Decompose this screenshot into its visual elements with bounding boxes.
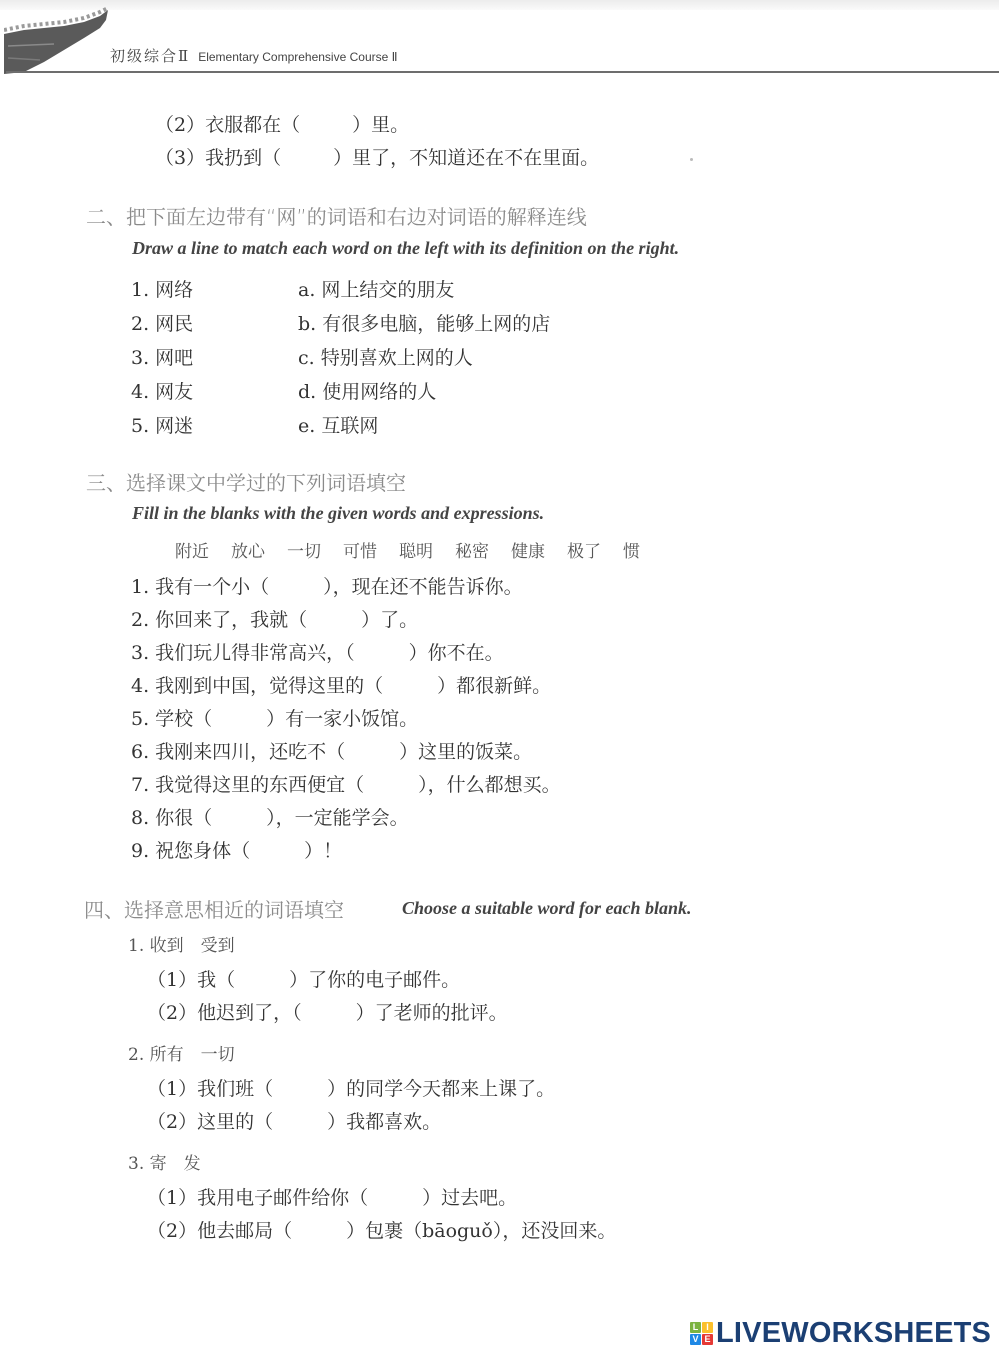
item-text-before: 6. 我刚来四川，还吃不（ xyxy=(131,741,345,763)
logo-letter: I xyxy=(702,1322,713,1333)
exercise-item: （2）衣服都在（）里。 xyxy=(155,110,409,137)
exercise-item: 6. 我刚来四川，还吃不（）这里的饭菜。 xyxy=(131,737,532,764)
match-right-item[interactable]: c. 特别喜欢上网的人 xyxy=(298,343,473,370)
scan-speck xyxy=(690,158,693,161)
word-bank-item: 放心 xyxy=(231,542,265,562)
item-text-after: ）这里的饭菜。 xyxy=(399,741,532,763)
item-text-before: 我扔到（ xyxy=(205,147,281,169)
word-bank-item: 惯 xyxy=(623,542,640,562)
item-text-after: ），一定能学会。 xyxy=(266,807,409,829)
word-bank-item: 健康 xyxy=(511,542,545,562)
book-title-en: Elementary Comprehensive Course Ⅱ xyxy=(198,50,397,64)
section-three-title: 三、选择课文中学过的下列词语填空 xyxy=(86,467,406,496)
item-text-before: 8. 你很（ xyxy=(131,807,212,829)
live-blocks-icon: L I V E xyxy=(690,1322,713,1345)
match-left-item[interactable]: 3. 网吧 xyxy=(131,343,193,370)
section-two-instruction: Draw a line to match each word on the le… xyxy=(132,238,679,259)
item-number: （2） xyxy=(155,114,205,136)
word-bank-item: 一切 xyxy=(287,542,321,562)
match-left-item[interactable]: 5. 网迷 xyxy=(131,411,193,438)
word-pair-label: 2. 所有 一切 xyxy=(128,1040,235,1065)
match-left-item[interactable]: 4. 网友 xyxy=(131,377,193,404)
item-text-before: （2）这里的（ xyxy=(147,1111,273,1133)
match-right-item[interactable]: d. 使用网络的人 xyxy=(298,377,436,404)
match-left-item[interactable]: 1. 网络 xyxy=(131,275,193,302)
logo-text: LIVEWORKSHEETS xyxy=(716,1317,991,1350)
item-text-after: ）的同学今天都来上课了。 xyxy=(327,1078,555,1100)
word-bank-item: 秘密 xyxy=(455,542,489,562)
item-text-after: ）都很新鲜。 xyxy=(437,675,551,697)
item-text-after: ）有一家小饭馆。 xyxy=(266,708,418,730)
word-bank-item: 可惜 xyxy=(343,542,377,562)
item-text-after: ）里了，不知道还在不在里面。 xyxy=(333,147,599,169)
exercise-item: 7. 我觉得这里的东西便宜（），什么都想买。 xyxy=(131,770,561,797)
item-text-before: （2）他去邮局（ xyxy=(147,1220,292,1242)
logo-letter: E xyxy=(702,1334,713,1345)
exercise-item: （1）我用电子邮件给你（）过去吧。 xyxy=(147,1183,517,1210)
exercise-item: （3）我扔到（）里了，不知道还在不在里面。 xyxy=(155,143,599,170)
exercise-item: 1. 我有一个小（），现在还不能告诉你。 xyxy=(131,572,523,599)
item-text-before: （1）我（ xyxy=(147,969,235,991)
item-text-after: ）里。 xyxy=(352,114,409,136)
item-text-before: （1）我们班（ xyxy=(147,1078,273,1100)
item-text-after: ）了老师的批评。 xyxy=(356,1002,508,1024)
word-pair-label: 1. 收到 受到 xyxy=(128,931,235,956)
exercise-item: 4. 我刚到中国，觉得这里的（）都很新鲜。 xyxy=(131,671,551,698)
item-text-before: 衣服都在（ xyxy=(205,114,300,136)
exercise-item: 3. 我们玩儿得非常高兴，（）你不在。 xyxy=(131,638,504,665)
item-text-after: ）了。 xyxy=(361,609,418,631)
item-text-after: ），现在还不能告诉你。 xyxy=(323,576,523,598)
book-header: 初级综合ⅡElementary Comprehensive Course Ⅱ xyxy=(110,45,398,66)
word-bank-item: 附近 xyxy=(175,542,209,562)
logo-letter: L xyxy=(690,1322,701,1333)
exercise-item: 8. 你很（），一定能学会。 xyxy=(131,803,409,830)
item-number: （3） xyxy=(155,147,205,169)
scan-top-band xyxy=(0,0,999,10)
item-text-after: ），什么都想买。 xyxy=(418,774,561,796)
header-divider xyxy=(6,71,999,73)
item-text-after: ）过去吧。 xyxy=(422,1187,517,1209)
match-right-item[interactable]: a. 网上结交的朋友 xyxy=(298,275,454,302)
item-text-before: 2. 你回来了，我就（ xyxy=(131,609,307,631)
match-left-item[interactable]: 2. 网民 xyxy=(131,309,193,336)
section-four-instruction: Choose a suitable word for each blank. xyxy=(402,898,692,919)
item-text-before: （1）我用电子邮件给你（ xyxy=(147,1187,368,1209)
word-bank-item: 极了 xyxy=(567,542,601,562)
exercise-item: （2）这里的（）我都喜欢。 xyxy=(147,1107,441,1134)
item-text-before: 3. 我们玩儿得非常高兴，（ xyxy=(131,642,355,664)
item-text-before: 9. 祝您身体（ xyxy=(131,840,250,862)
match-right-item[interactable]: b. 有很多电脑，能够上网的店 xyxy=(298,309,550,336)
item-text-after: ）包裹（bāoguǒ），还没回来。 xyxy=(346,1220,616,1242)
item-text-before: 5. 学校（ xyxy=(131,708,212,730)
word-bank: 附近放心一切可惜聪明秘密健康极了惯 xyxy=(175,537,662,562)
book-title-zh: 初级综合Ⅱ xyxy=(110,47,190,65)
logo-letter: V xyxy=(690,1334,701,1345)
word-pair-label: 3. 寄 发 xyxy=(128,1149,201,1174)
item-text-after: ）我都喜欢。 xyxy=(327,1111,441,1133)
exercise-item: 9. 祝您身体（）！ xyxy=(131,836,342,863)
chinese-roof-eave-icon xyxy=(4,6,110,74)
section-four-title: 四、选择意思相近的词语填空 xyxy=(84,894,344,923)
exercise-item: （1）我（）了你的电子邮件。 xyxy=(147,965,460,992)
item-text-before: 1. 我有一个小（ xyxy=(131,576,269,598)
item-text-after: ）了你的电子邮件。 xyxy=(289,969,460,991)
section-three-instruction: Fill in the blanks with the given words … xyxy=(132,503,544,524)
item-text-before: 4. 我刚到中国，觉得这里的（ xyxy=(131,675,383,697)
match-right-item[interactable]: e. 互联网 xyxy=(298,411,378,438)
section-two-title: 二、把下面左边带有“网”的词语和右边对词语的解释连线 xyxy=(86,201,587,230)
item-text-after: ）你不在。 xyxy=(409,642,504,664)
exercise-item: （1）我们班（）的同学今天都来上课了。 xyxy=(147,1074,555,1101)
item-text-before: （2）他迟到了，（ xyxy=(147,1002,302,1024)
exercise-item: （2）他去邮局（）包裹（bāoguǒ），还没回来。 xyxy=(147,1216,616,1243)
item-text-after: ）！ xyxy=(304,840,342,862)
exercise-item: （2）他迟到了，（）了老师的批评。 xyxy=(147,998,508,1025)
liveworksheets-logo[interactable]: L I V E LIVEWORKSHEETS xyxy=(690,1318,991,1348)
word-bank-item: 聪明 xyxy=(399,542,433,562)
item-text-before: 7. 我觉得这里的东西便宜（ xyxy=(131,774,364,796)
exercise-item: 5. 学校（）有一家小饭馆。 xyxy=(131,704,418,731)
exercise-item: 2. 你回来了，我就（）了。 xyxy=(131,605,418,632)
